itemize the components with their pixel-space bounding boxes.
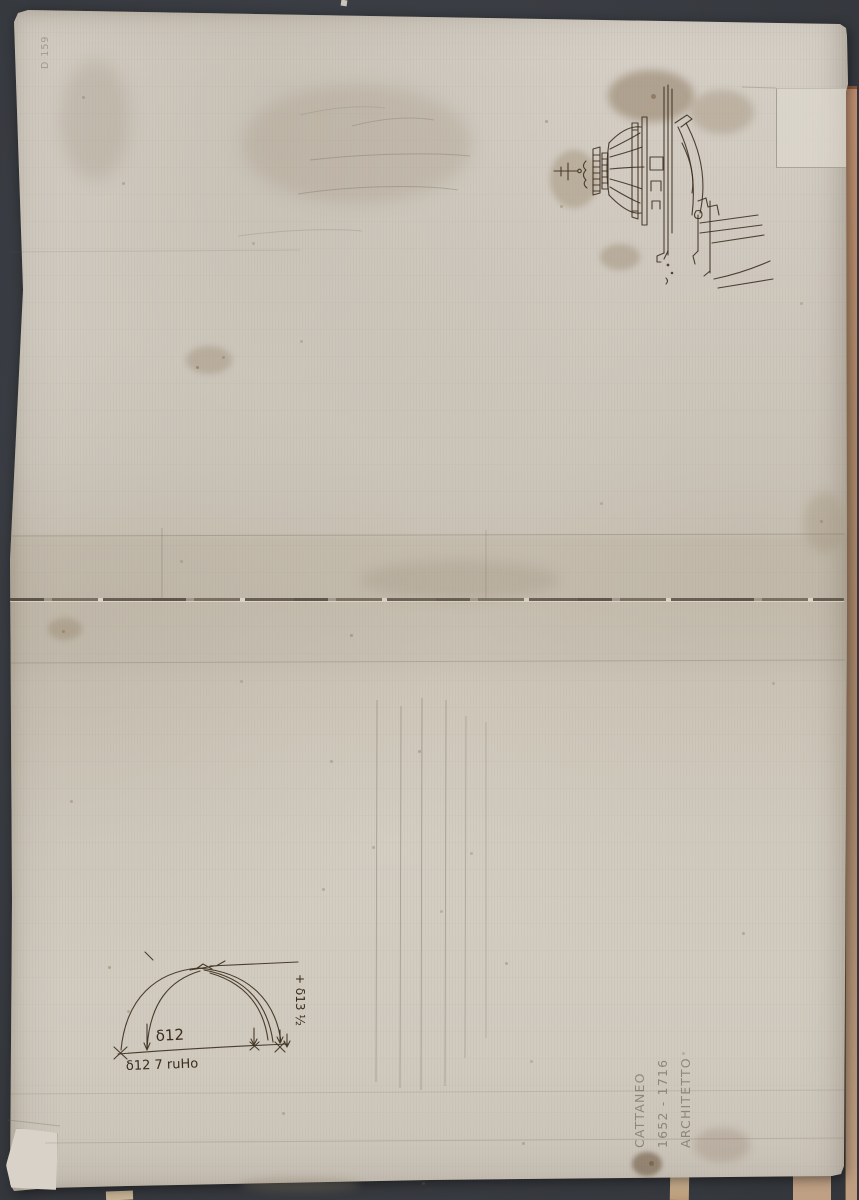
arch-side-dimension: + δ13 ½: [293, 974, 307, 1026]
attribution-name: CATTANEO: [628, 1028, 651, 1148]
attribution-dates: 1652 - 1716: [651, 1028, 674, 1148]
photo-backdrop: δ12 δ12 7 ruHo + δ13 ½ CATTANEO 1652 - 1…: [0, 0, 859, 1200]
arch-top-dimension: δ12: [155, 1026, 184, 1045]
corner-pencil-mark: D 159: [40, 23, 52, 69]
pencil-attribution: CATTANEO 1652 - 1716 ARCHITETTO: [628, 1028, 700, 1148]
arch-bottom-dimension: δ12 7 ruHo: [126, 1056, 199, 1074]
arch-ink-sketch: δ12 δ12 7 ruHo + δ13 ½: [90, 940, 330, 1090]
attribution-title: ARCHITETTO: [674, 1028, 697, 1148]
dome-lantern-ink-sketch: [548, 83, 773, 298]
